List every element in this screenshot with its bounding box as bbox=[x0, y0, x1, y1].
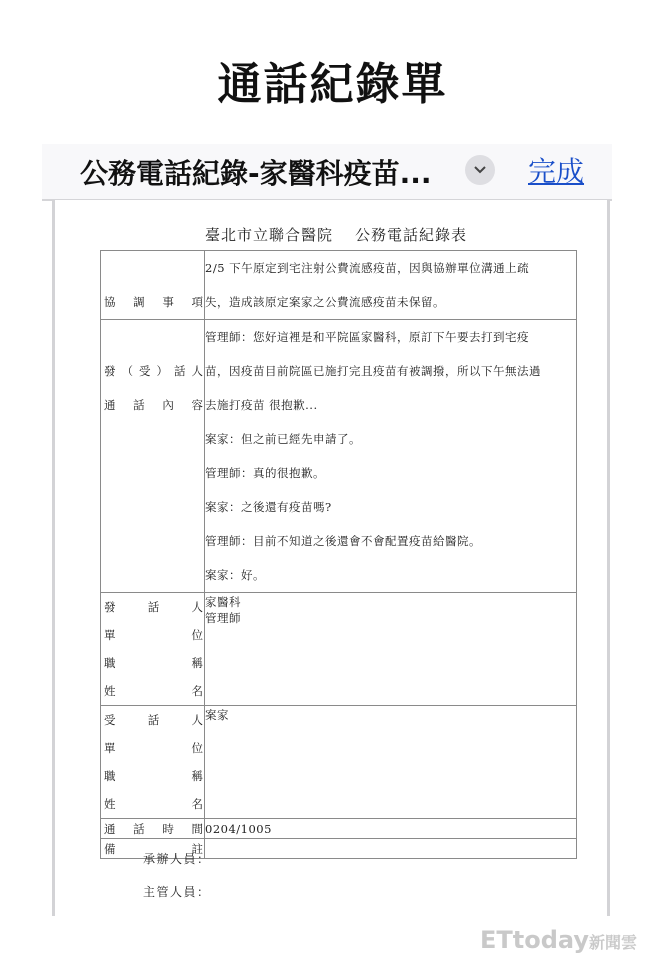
watermark-logo: ETtoday新聞雲 bbox=[480, 926, 637, 954]
headline: 通話紀錄單 bbox=[0, 48, 665, 112]
table-row-receiver: 受 話 人 單 位 職 稱 姓 名 案家 bbox=[101, 706, 577, 819]
value-receiver: 案家 bbox=[205, 706, 577, 819]
label-call-time: 通 話 時 間 bbox=[101, 819, 205, 839]
supervisor-signature-label: 主管人員： bbox=[143, 883, 211, 900]
value-remarks bbox=[205, 839, 577, 859]
value-caller: 家醫科 管理師 bbox=[205, 593, 577, 706]
value-call-time: 0204/1005 bbox=[205, 819, 577, 839]
caller-title: 管理師 bbox=[205, 609, 576, 625]
document-page: 臺北市立聯合醫院公務電話紀錄表 協 調 事 項 2/5 下午原定到宅注射公費流感… bbox=[52, 200, 610, 916]
chevron-down-icon bbox=[473, 165, 487, 175]
table-row-coordination: 協 調 事 項 2/5 下午原定到宅注射公費流感疫苗，因與協辦單位溝通上疏 失，… bbox=[101, 251, 577, 320]
label-coordination: 協 調 事 項 bbox=[101, 251, 205, 320]
label-content: 發 （ 受 ） 話 人 通 話 內 容 bbox=[101, 320, 205, 593]
handler-signature-label: 承辦人員： bbox=[143, 850, 211, 867]
form-title: 臺北市立聯合醫院公務電話紀錄表 bbox=[55, 224, 607, 245]
table-row-call-time: 通 話 時 間 0204/1005 bbox=[101, 819, 577, 839]
label-caller: 發 話 人 單 位 職 稱 姓 名 bbox=[101, 593, 205, 706]
document-menu-button[interactable] bbox=[465, 155, 495, 185]
document-viewer-toolbar: 公務電話紀錄-家醫科疫苗... 完成 bbox=[42, 144, 612, 201]
document-title[interactable]: 公務電話紀錄-家醫科疫苗... bbox=[80, 152, 432, 192]
phone-record-table: 協 調 事 項 2/5 下午原定到宅注射公費流感疫苗，因與協辦單位溝通上疏 失，… bbox=[100, 250, 577, 859]
caller-unit: 家醫科 bbox=[205, 593, 576, 609]
label-receiver: 受 話 人 單 位 職 稱 姓 名 bbox=[101, 706, 205, 819]
value-content: 管理師：您好這裡是和平院區家醫科，原訂下午要去打到宅疫 苗，因疫苗目前院區已施打… bbox=[205, 320, 577, 593]
table-row-content: 發 （ 受 ） 話 人 通 話 內 容 管理師：您好這裡是和平院區家醫科，原訂下… bbox=[101, 320, 577, 593]
done-button[interactable]: 完成 bbox=[528, 150, 584, 190]
table-row-caller: 發 話 人 單 位 職 稱 姓 名 家醫科 管理師 bbox=[101, 593, 577, 706]
value-coordination: 2/5 下午原定到宅注射公費流感疫苗，因與協辦單位溝通上疏 失，造成該原定案家之… bbox=[205, 251, 577, 320]
receiver-unit: 案家 bbox=[205, 706, 576, 722]
hospital-name: 臺北市立聯合醫院 bbox=[205, 226, 333, 244]
form-name: 公務電話紀錄表 bbox=[355, 226, 467, 244]
